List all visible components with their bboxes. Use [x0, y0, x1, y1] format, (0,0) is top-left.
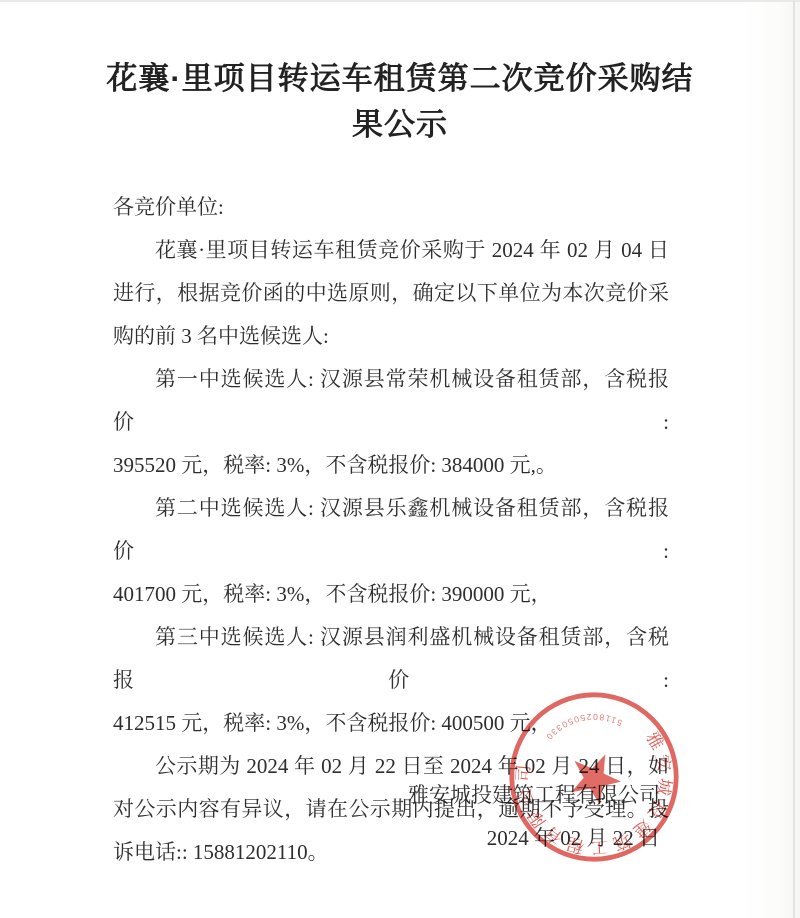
body-line: 进行，根据竞价函的中选原则，确定以下单位为本次竞价采: [113, 272, 669, 315]
candidate-2-price-line: 401700 元，税率: 3%，不含税报价: 390000 元，: [113, 573, 669, 616]
candidate-2-line: 第二中选候选人: 汉源县乐鑫机械设备租赁部，含税报价:: [113, 487, 669, 573]
scan-edge-right: [793, 0, 795, 918]
seal-number-arc-text: 5118025050330: [540, 705, 625, 744]
document-title: 花襄·里项目转运车租赁第二次竞价采购结 果公示: [60, 56, 740, 148]
body-line: 花襄·里项目转运车租赁竞价采购于 2024 年 02 月 04 日: [113, 229, 669, 272]
candidate-3-line: 第三中选候选人: 汉源县润利盛机械设备租赁部，含税报价:: [113, 616, 669, 702]
salutation: 各竞价单位:: [113, 186, 669, 229]
document-title-line-1: 花襄·里项目转运车租赁第二次竞价采购结: [60, 56, 740, 102]
scanned-document-page: 花襄·里项目转运车租赁第二次竞价采购结 果公示 各竞价单位: 花襄·里项目转运车…: [0, 0, 800, 918]
seal-star-icon: [565, 752, 625, 810]
document-title-line-2: 果公示: [60, 102, 740, 148]
official-seal: 雅安城投建筑工程有限公司 5118025050330: [508, 691, 680, 863]
candidate-1-price-line: 395520 元，税率: 3%，不含税报价: 384000 元,。: [113, 444, 669, 487]
scan-edge-top: [0, 0, 800, 2]
body-line: 购的前 3 名中选候选人:: [113, 315, 669, 358]
candidate-1-line: 第一中选候选人: 汉源县常荣机械设备租赁部，含税报价:: [113, 358, 669, 444]
